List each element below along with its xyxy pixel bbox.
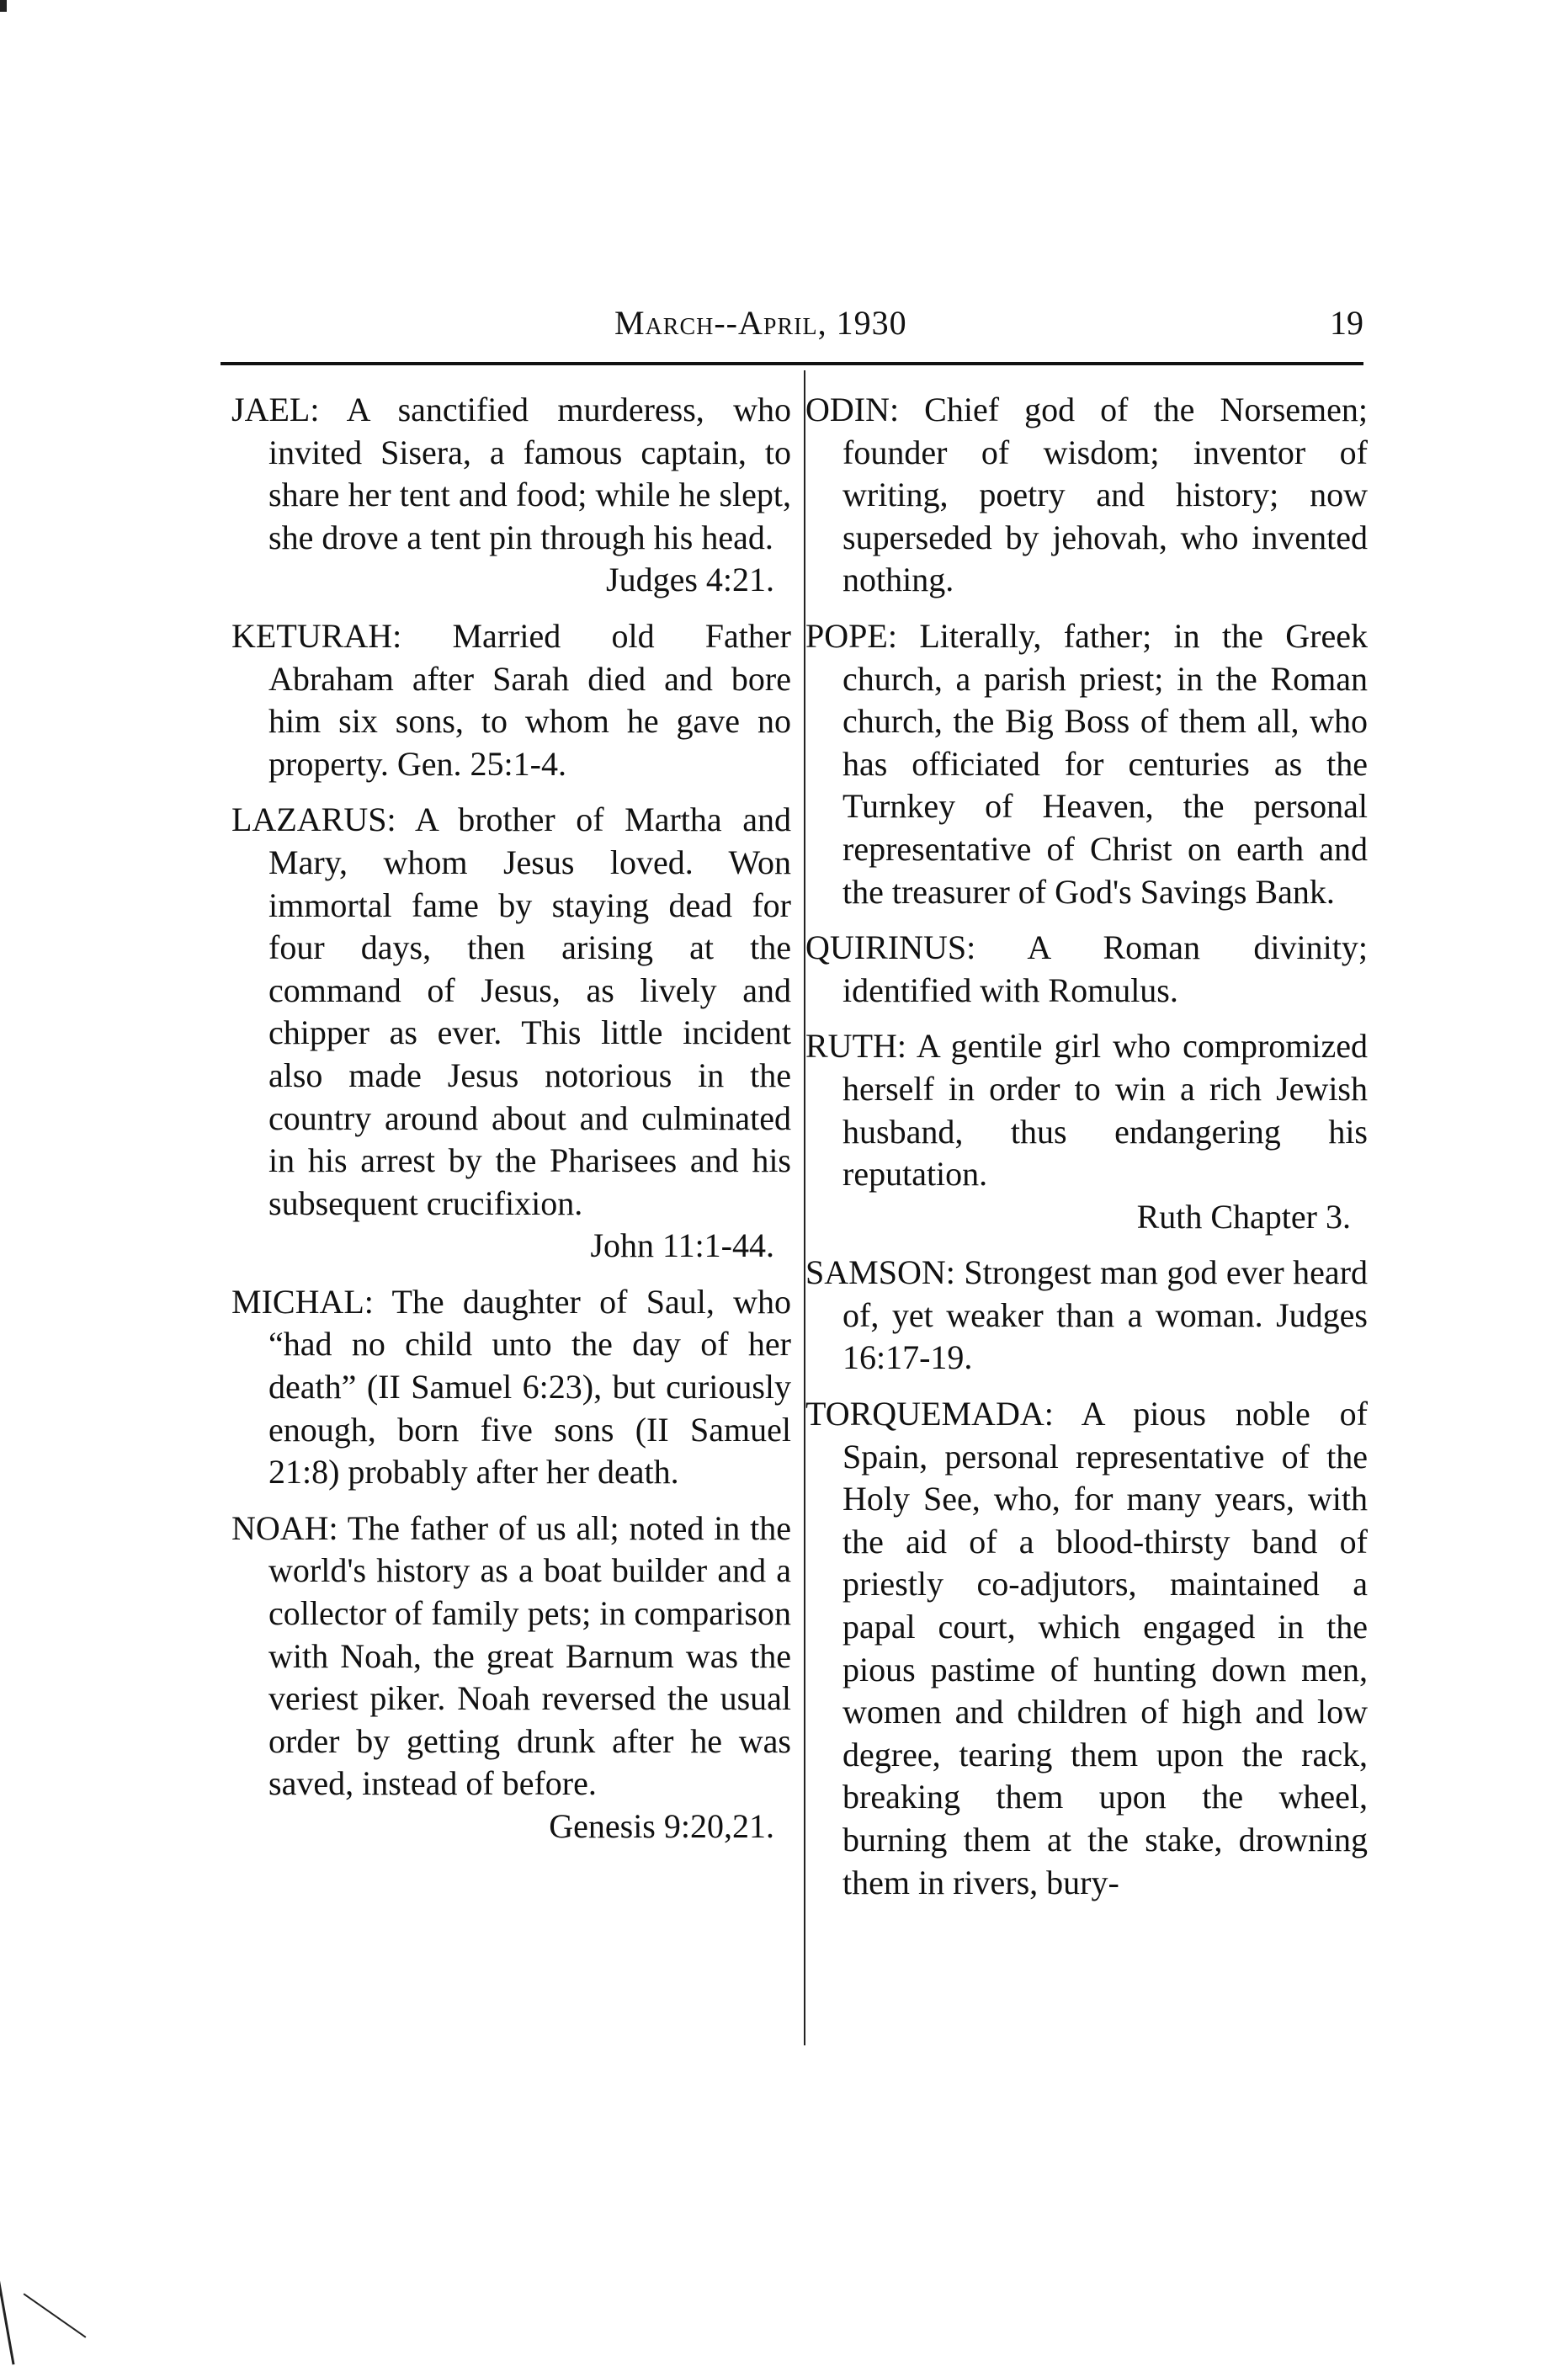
header-title: March--April, 1930 [614, 303, 907, 343]
entry-text: A brother of Martha and Mary, whom Jesus… [268, 800, 791, 1221]
entry-term: POPE: [805, 617, 897, 655]
left-column: JAEL: A sanctified murderess, who invite… [231, 389, 791, 1862]
scan-mark [0, 0, 7, 12]
entry-text: Literally, father; in the Greek church, … [842, 617, 1368, 911]
entry-ref: Genesis 9:20,21. [268, 1805, 791, 1848]
entry-ref: Judges 4:21. [268, 559, 791, 602]
entry-keturah: KETURAH: Married old Father Abraham afte… [231, 615, 791, 785]
entry-term: LAZARUS: [231, 800, 396, 838]
scan-mark [24, 2293, 87, 2337]
entry-michal: MICHAL: The daughter of Saul, who “had n… [231, 1281, 791, 1494]
entry-term: JAEL: [231, 391, 319, 428]
entry-text: A sanctified murderess, who invited Sise… [268, 391, 791, 556]
entry-lazarus: LAZARUS: A brother of Martha and Mary, w… [231, 799, 791, 1268]
entry-term: TORQUEMADA: [805, 1395, 1054, 1433]
entry-ref: Ruth Chapter 3. [842, 1196, 1368, 1239]
entry-term: MICHAL: [231, 1283, 374, 1321]
entry-samson: SAMSON: Strongest man god ever heard of,… [805, 1252, 1368, 1380]
entry-term: NOAH: [231, 1509, 338, 1547]
entry-term: ODIN: [805, 391, 899, 428]
entry-text: The father of us all; noted in the world… [268, 1509, 791, 1803]
entry-text: Chief god of the Norsemen; founder of wi… [842, 391, 1368, 598]
entry-pope: POPE: Literally, father; in the Greek ch… [805, 615, 1368, 913]
running-header: March--April, 1930 19 [219, 303, 1363, 345]
entry-term: SAMSON: [805, 1253, 955, 1291]
entry-quirinus: QUIRINUS: A Roman divinity; identified w… [805, 927, 1368, 1012]
entry-term: KETURAH: [231, 617, 401, 655]
page-number: 19 [1330, 303, 1363, 343]
entry-text: A pious noble of Spain, personal represe… [842, 1395, 1368, 1901]
entry-torquemada: TORQUEMADA: A pious noble of Spain, pers… [805, 1393, 1368, 1904]
scan-mark [0, 2273, 15, 2365]
entry-ref: John 11:1-44. [268, 1225, 791, 1268]
entry-ruth: RUTH: A gentile girl who compromized her… [805, 1025, 1368, 1238]
entry-term: QUIRINUS: [805, 928, 975, 966]
entry-term: RUTH: [805, 1027, 906, 1065]
right-column: ODIN: Chief god of the Norsemen; founder… [805, 389, 1368, 1917]
entry-jael: JAEL: A sanctified murderess, who invite… [231, 389, 791, 602]
header-rule [221, 362, 1363, 365]
entry-odin: ODIN: Chief god of the Norsemen; founder… [805, 389, 1368, 602]
entry-noah: NOAH: The father of us all; noted in the… [231, 1508, 791, 1848]
entry-text: A gentile girl who compromized herself i… [842, 1027, 1368, 1193]
